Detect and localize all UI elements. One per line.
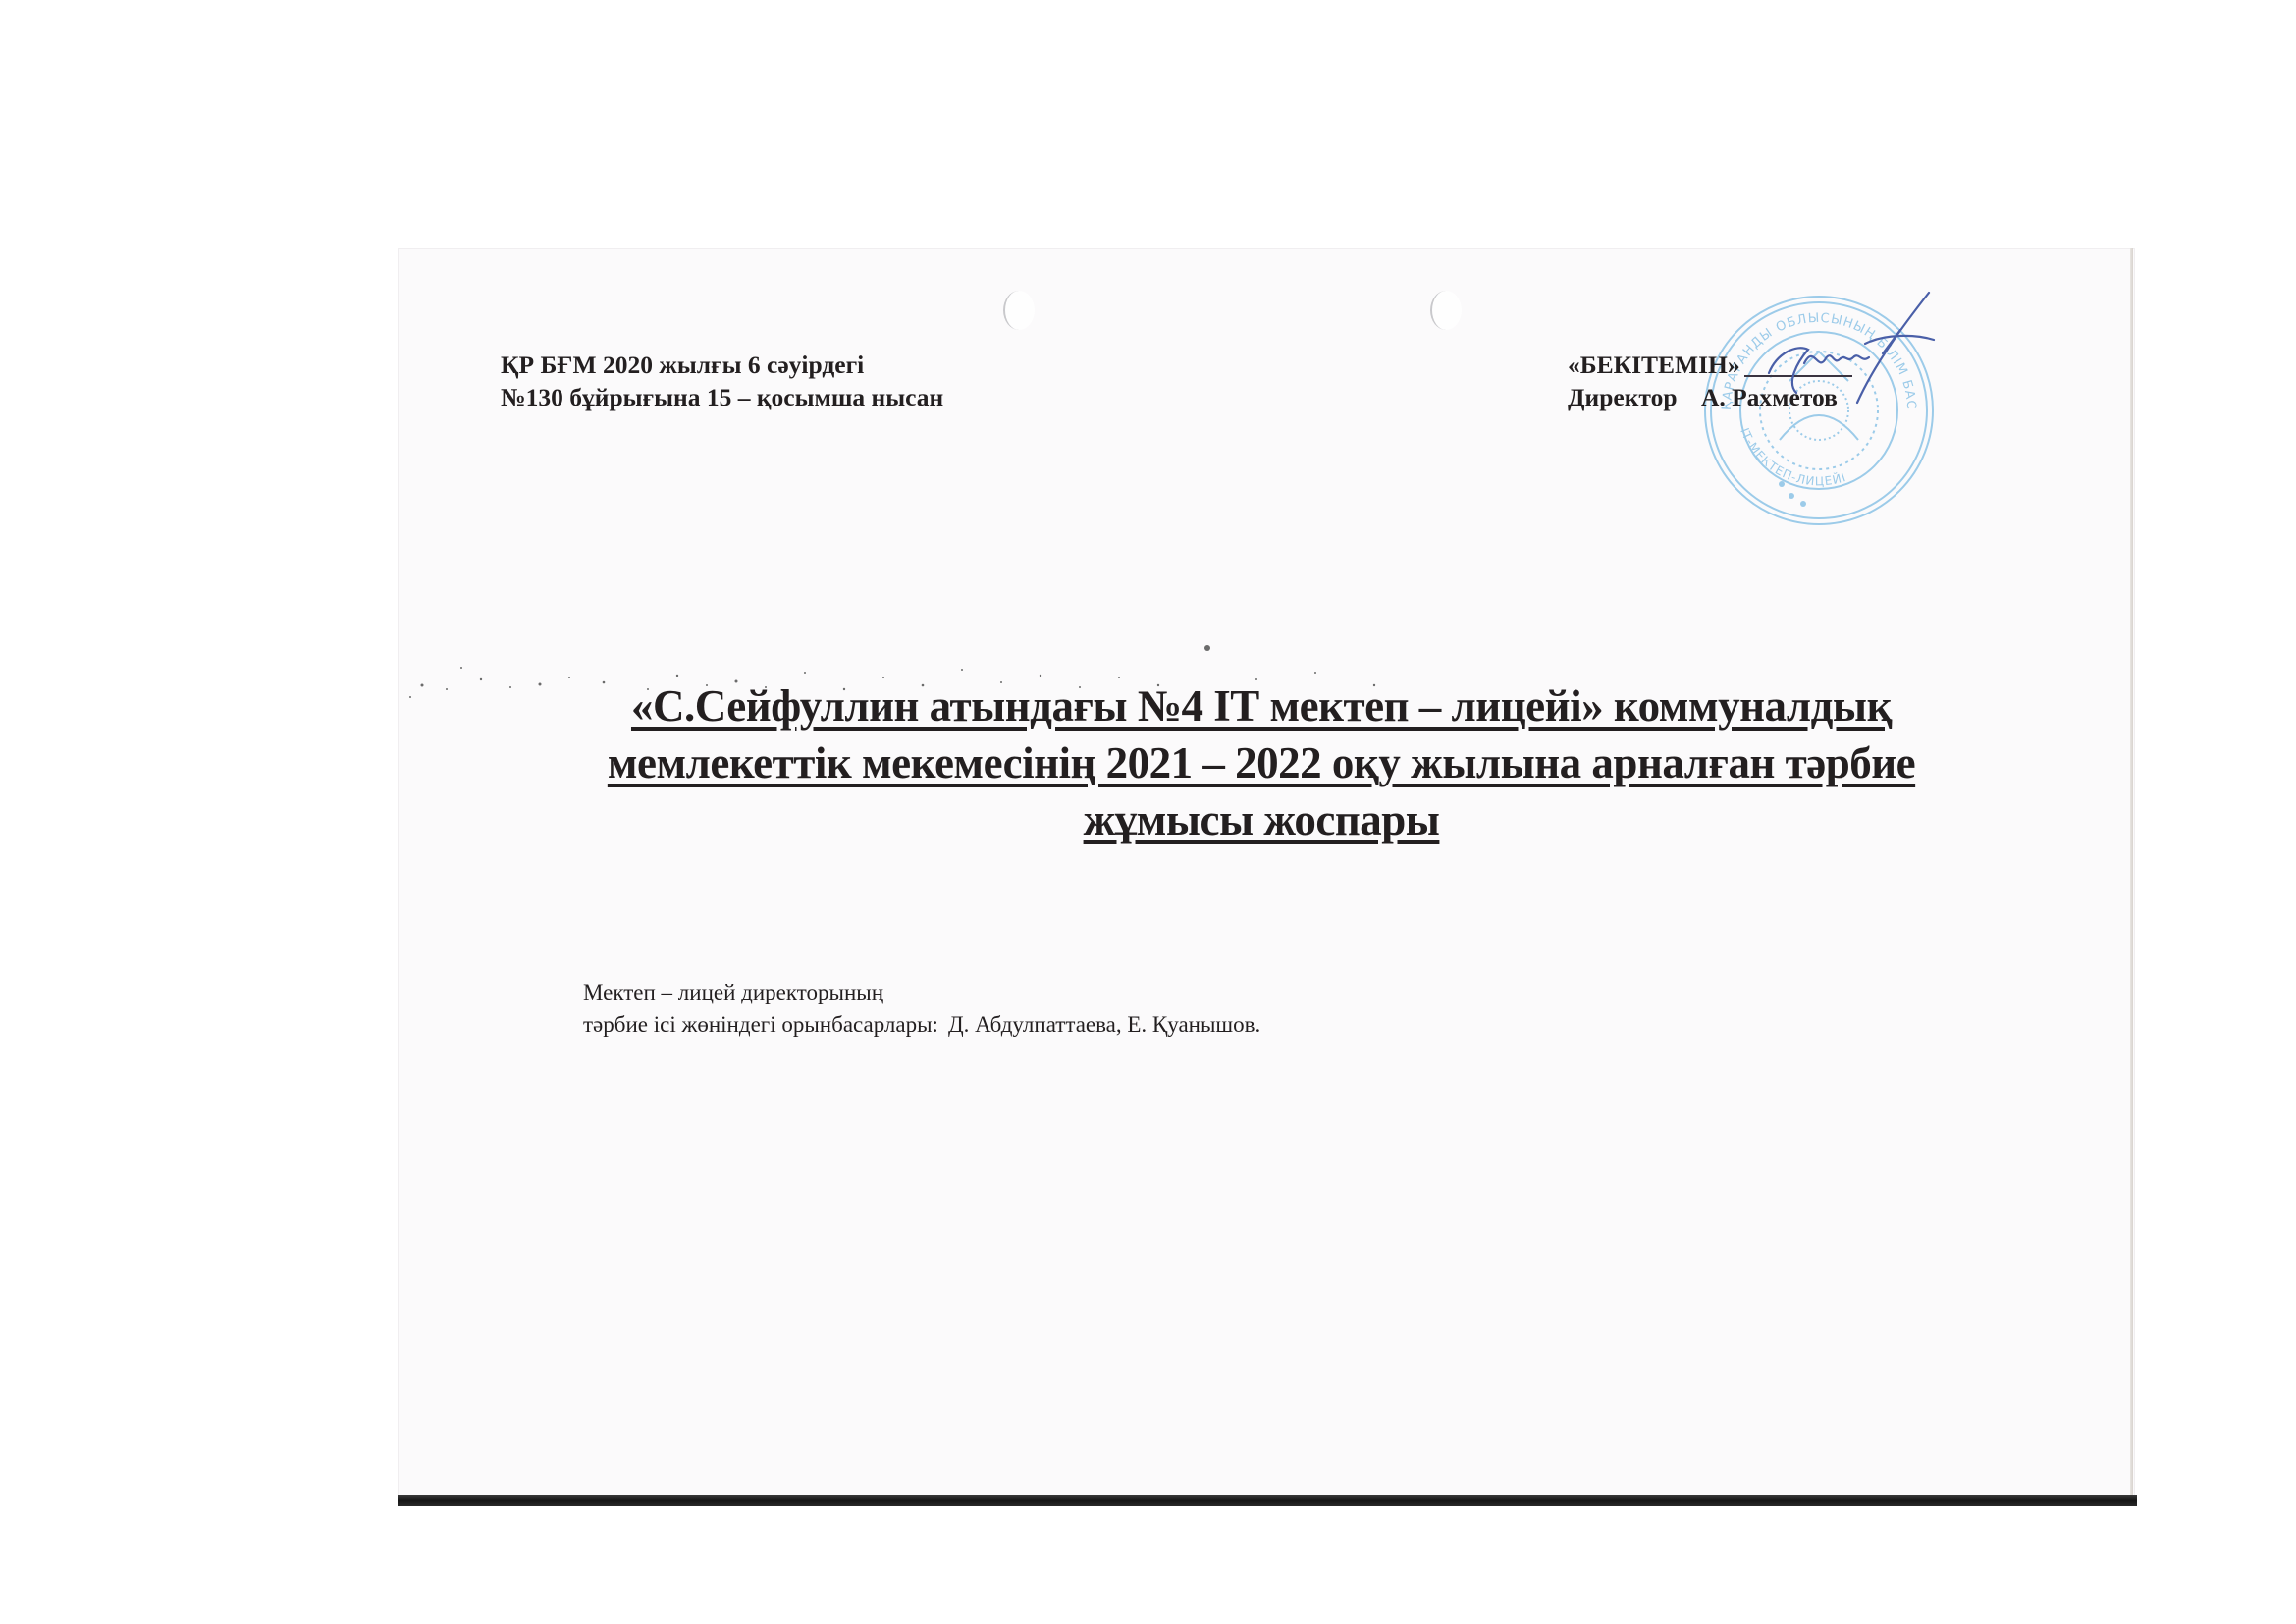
form-reference-line-1: ҚР БҒМ 2020 жылғы 6 сәуірдегі [501,349,943,381]
signatories-line-1: Мектеп – лицей директорының [583,976,1260,1008]
title-line-1: «С.Сейфуллин атындағы №4 ІТ мектеп – лиц… [631,677,1892,734]
punch-hole [1003,291,1035,330]
form-reference: ҚР БҒМ 2020 жылғы 6 сәуірдегі №130 бұйры… [501,349,943,413]
title-line-3: жұмысы жоспары [1084,791,1440,848]
page-right-edge [2130,248,2133,1495]
document-title: «С.Сейфуллин атындағы №4 ІТ мектеп – лиц… [452,677,2071,848]
form-reference-line-2: №130 бұйрығына 15 – қосымша нысан [501,381,943,413]
svg-text:ІТ-МЕКТЕП-ЛИЦЕЙІ: ІТ-МЕКТЕП-ЛИЦЕЙІ [1737,426,1848,488]
punch-hole [1430,291,1462,330]
signatories-line-2: тәрбие ісі жөніндегі орынбасарлары:Д. Аб… [583,1008,1260,1041]
director-role: Директор [1568,383,1678,411]
title-line-2: мемлекеттік мекемесінің 2021 – 2022 оқу … [608,734,1915,791]
signatories-label: тәрбие ісі жөніндегі орынбасарлары: [583,1012,938,1037]
approval-label: «БЕКІТЕМІН» [1568,349,1740,381]
director-signature-icon [1757,285,1944,432]
scanner-bottom-edge [398,1495,2137,1506]
signatories-names: Д. Абдулпаттаева, Е. Қуанышов. [948,1012,1260,1037]
deputy-directors-block: Мектеп – лицей директорының тәрбие ісі ж… [583,976,1260,1041]
